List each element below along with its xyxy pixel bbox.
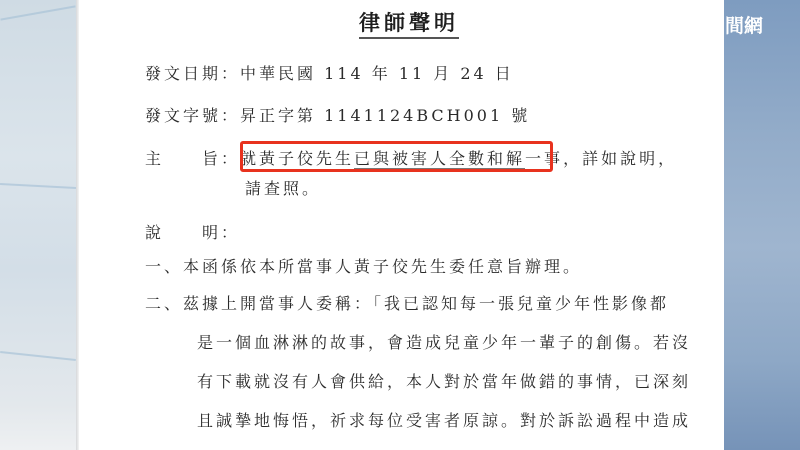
doc-number-value: 昇正字第 1141124BCH001 號 <box>240 106 530 125</box>
decorative-streak <box>0 351 76 361</box>
document-title: 律師聲明 <box>359 11 459 39</box>
decorative-streak <box>0 183 76 189</box>
doc-number-label: 發文字號： <box>145 106 240 125</box>
right-background-panel <box>724 0 800 450</box>
decorative-streak <box>0 5 75 20</box>
explanation-item-2-line-4: 且誠摯地悔悟，祈求每位受害者原諒。對於訴訟過程中造成 <box>197 411 691 431</box>
news-watermark-logo: 間網 <box>725 17 763 36</box>
issue-date-row: 發文日期：中華民國 114 年 11 月 24 日 <box>145 64 514 84</box>
explanation-item-2-line-3: 有下載就沒有人會供給，本人對於當年做錯的事情，已深刻 <box>197 372 691 392</box>
screenshot-stage: 間網 律師聲明 發文日期：中華民國 114 年 11 月 24 日 發文字號：昇… <box>0 0 800 450</box>
issue-date-value: 中華民國 114 年 11 月 24 日 <box>240 64 514 83</box>
explanation-item-1: 一、本函係依本所當事人黃子佼先生委任意旨辦理。 <box>145 257 582 277</box>
doc-number-row: 發文字號：昇正字第 1141124BCH001 號 <box>145 106 530 126</box>
explanation-item-2-line-2: 是一個血淋淋的故事，會造成兒童少年一輩子的創傷。若沒 <box>197 333 691 353</box>
issue-date-label: 發文日期： <box>145 64 240 83</box>
explanation-label: 說 明： <box>145 223 240 243</box>
left-background-panel <box>0 0 76 450</box>
subject-text-part3: ，詳如說明， <box>563 149 677 168</box>
subject-label: 主 旨： <box>145 149 240 168</box>
explanation-item-2-line-1: 二、茲據上開當事人委稱：「我已認知每一張兒童少年性影像都 <box>145 294 669 314</box>
legal-statement-document: 律師聲明 發文日期：中華民國 114 年 11 月 24 日 發文字號：昇正字第… <box>79 0 724 450</box>
subject-row-continued: 請查照。 <box>245 179 321 199</box>
red-highlight-box <box>240 141 553 172</box>
